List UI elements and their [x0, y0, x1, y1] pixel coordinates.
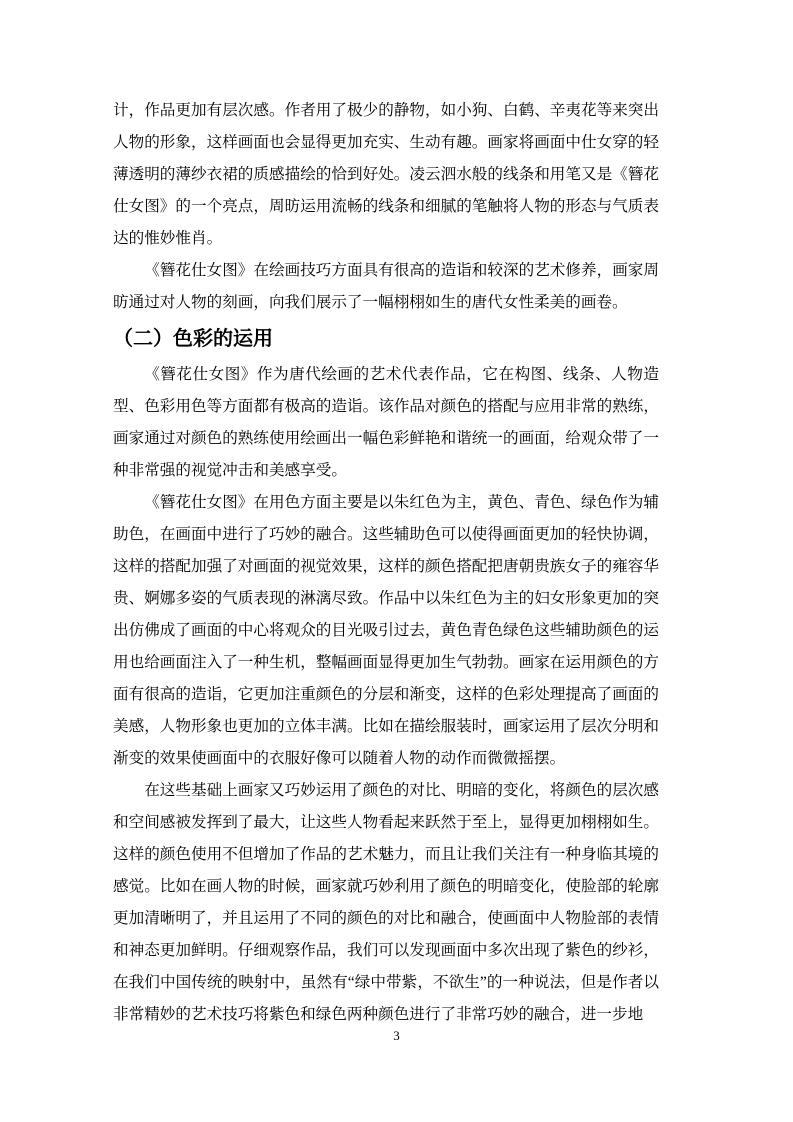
document-content: 计，作品更加有层次感。作者用了极少的静物，如小狗、白鹤、辛夷花等来突出人物的形象… [113, 95, 659, 1031]
page-number: 3 [0, 1028, 793, 1044]
paragraph-technique: 《簪花仕女图》在绘画技巧方面具有很高的造诣和较深的艺术修养，画家周昉通过对人物的… [113, 255, 659, 319]
paragraph-continuation: 计，作品更加有层次感。作者用了极少的静物，如小狗、白鹤、辛夷花等来突出人物的形象… [113, 95, 659, 255]
paragraph-color-intro: 《簪花仕女图》作为唐代绘画的艺术代表作品，它在构图、线条、人物造型、色彩用色等方… [113, 359, 659, 487]
paragraph-color-contrast: 在这些基础上画家又巧妙运用了颜色的对比、明暗的变化，将颜色的层次感和空间感被发挥… [113, 775, 659, 1031]
paragraph-color-usage: 《簪花仕女图》在用色方面主要是以朱红色为主，黄色、青色、绿色作为辅助色，在画面中… [113, 487, 659, 775]
section-heading-color-usage: （二）色彩的运用 [113, 323, 659, 355]
document-page: 计，作品更加有层次感。作者用了极少的静物，如小狗、白鹤、辛夷花等来突出人物的形象… [0, 0, 793, 1122]
